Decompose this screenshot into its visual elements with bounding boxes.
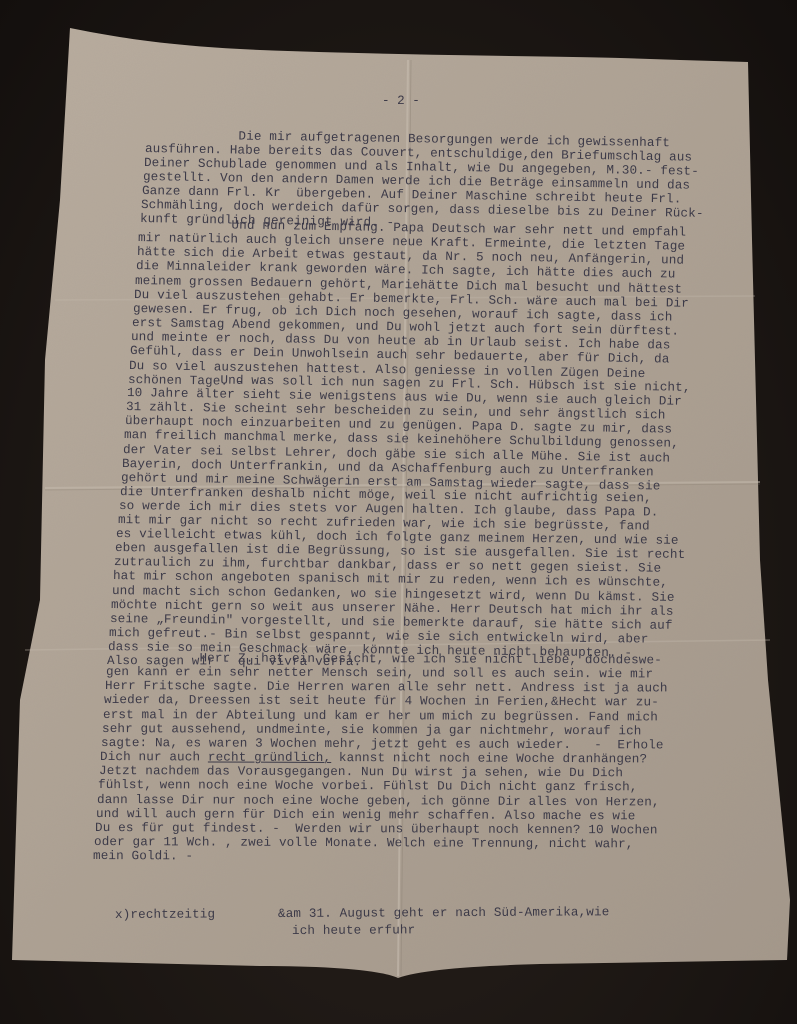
underlined-phrase: recht gründlich,: [208, 751, 331, 766]
page-number: - 2 -: [382, 94, 420, 108]
footnote-rechtzeitig: x)rechtzeitig: [115, 907, 215, 922]
footnote-sued-amerika: &am 31. August geht er nach Süd-Amerika,…: [278, 905, 609, 921]
paragraph-herr-z-line: mein Goldi. -: [93, 849, 193, 863]
typed-text: - 2 - Die mir aufgetragenen Besorgungen …: [0, 0, 797, 1024]
letter-sheet: - 2 - Die mir aufgetragenen Besorgungen …: [0, 0, 797, 1024]
paragraph-herr-z-line: fühlst, wenn noch eine Woche vorbei. Füh…: [98, 778, 638, 794]
footnote-sued-amerika-cont: ich heute erfuhr: [292, 923, 415, 938]
